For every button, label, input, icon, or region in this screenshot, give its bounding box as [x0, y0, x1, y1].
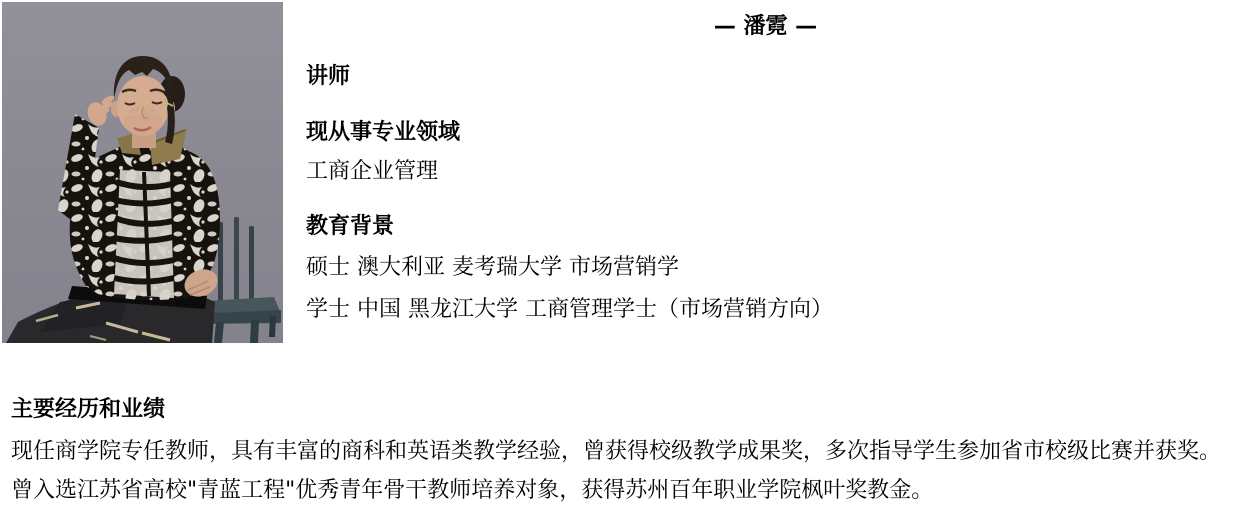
- profile-name-title: — 潘霓 —: [306, 7, 1225, 47]
- education-header: 教育背景: [306, 207, 394, 247]
- education-line: 硕士 澳大利亚 麦考瑞大学 市场营销学: [306, 248, 679, 288]
- teacher-profile-page: — 潘霓 — 讲师 现从事专业领域 工商企业管理 教育背景 硕士 澳大利亚 麦考…: [0, 0, 1254, 516]
- experience-line: 曾入选江苏省高校"青蓝工程"优秀青年骨干教师培养对象，获得苏州百年职业学院枫叶奖…: [11, 471, 933, 511]
- job-title: 讲师: [306, 57, 350, 97]
- experience-line: 现任商学院专任教师，具有丰富的商科和英语类教学经验，曾获得校级教学成果奖，多次指…: [11, 432, 1221, 472]
- portrait-photo: [2, 2, 283, 343]
- education-line: 学士 中国 黑龙江大学 工商管理学士（市场营销方向）: [306, 290, 833, 330]
- field-value: 工商企业管理: [306, 152, 438, 192]
- experience-header: 主要经历和业绩: [11, 390, 165, 430]
- portrait-photo-svg: [2, 2, 283, 343]
- field-header: 现从事专业领域: [306, 113, 460, 153]
